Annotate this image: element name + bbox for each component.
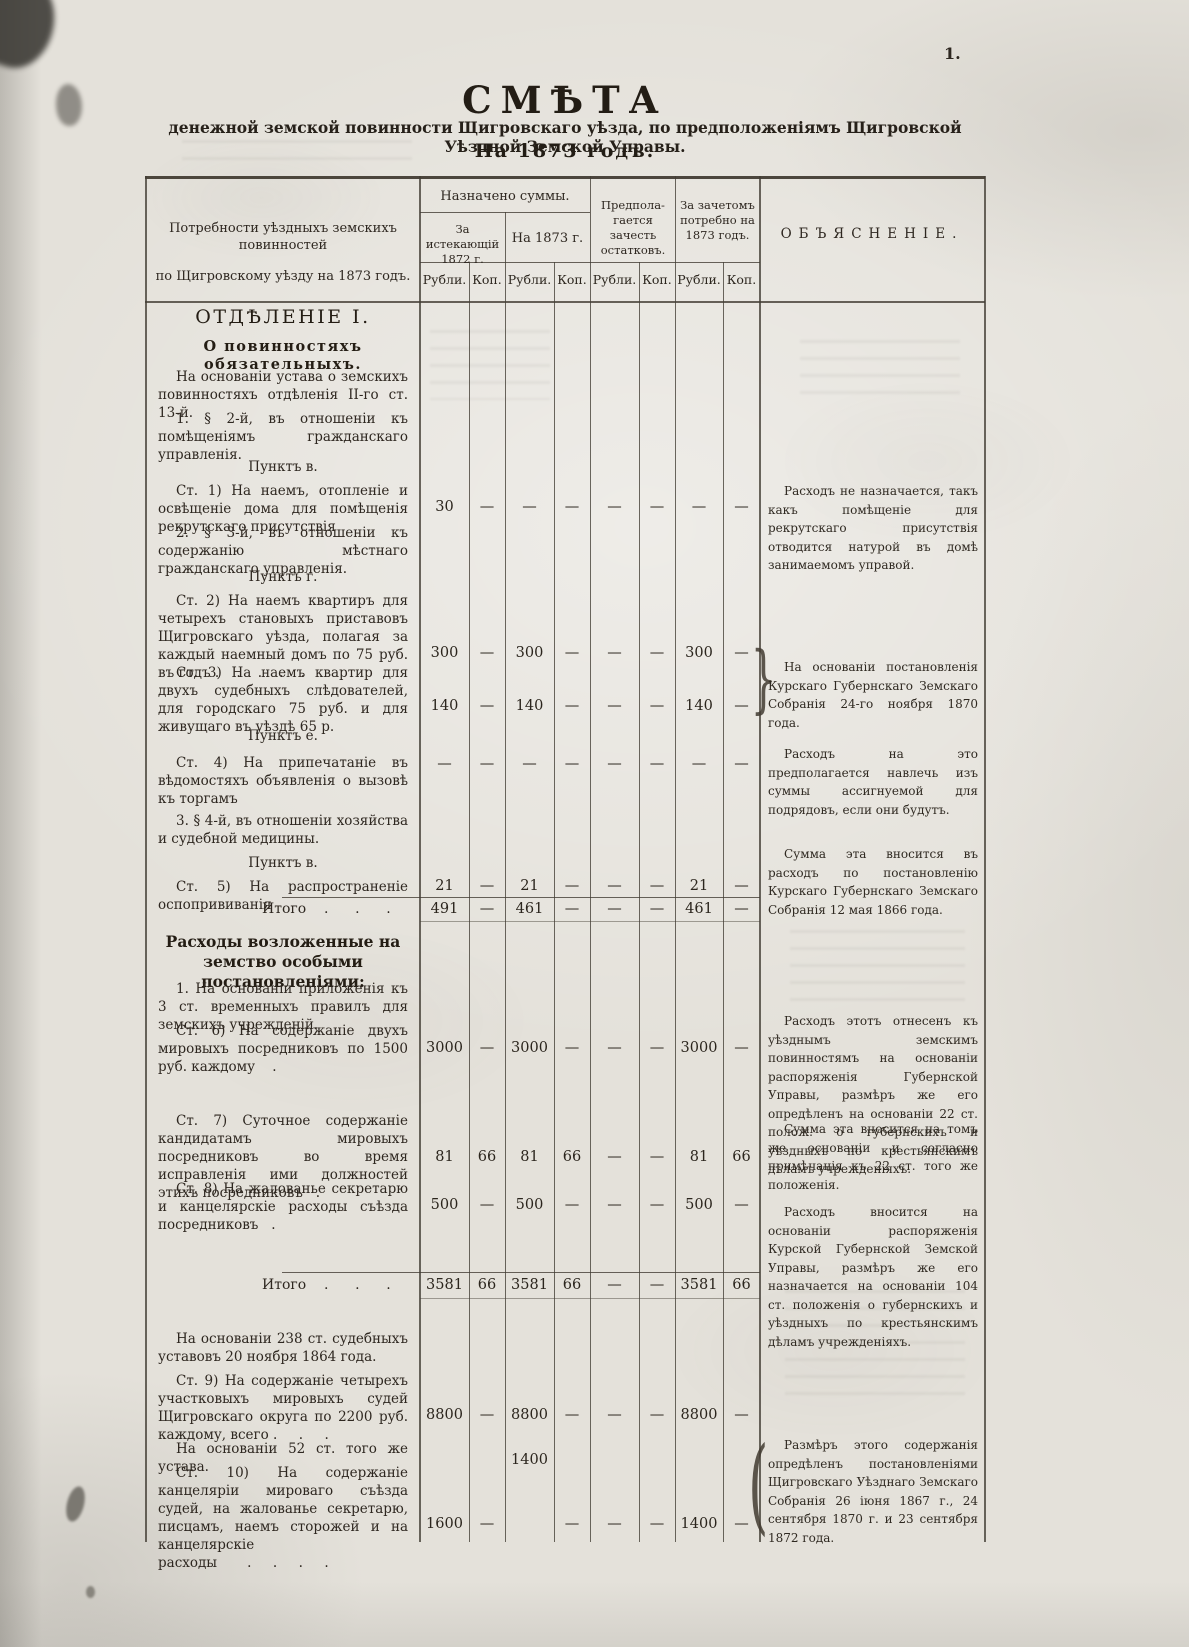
table-line (675, 176, 676, 1542)
punkt-label: Пунктъ е. (158, 727, 408, 745)
subheader-kop: Коп. (554, 272, 590, 290)
table-cell: 81 (675, 1149, 723, 1167)
table-cell: — (554, 698, 590, 716)
table-cell: — (505, 499, 554, 517)
subtotal-cell: 461 (675, 901, 723, 919)
subtotal-rule (420, 1298, 760, 1299)
table-cell: — (469, 645, 505, 663)
table-cell: — (554, 756, 590, 774)
col-header-explanation: ОБЪЯСНЕНІЕ. (762, 226, 982, 243)
table-cell: 1400 (675, 1516, 723, 1534)
table-cell: 3000 (675, 1040, 723, 1058)
table-line (419, 176, 421, 1542)
table-cell: — (469, 499, 505, 517)
table-cell: 500 (420, 1197, 469, 1215)
subtotal-cell: 66 (723, 1277, 760, 1295)
punkt-label: Пунктъ в. (158, 854, 408, 872)
table-cell: 300 (505, 645, 554, 663)
explanation-note: На основаніи постановленія Курскаго Губе… (768, 658, 978, 732)
subtotal-cell: 66 (469, 1277, 505, 1295)
table-cell: — (639, 499, 675, 517)
table-border-top (145, 176, 985, 179)
subtotal-cell: — (590, 901, 639, 919)
scan-smudge (56, 84, 82, 126)
explanation-note: Сумма эта вносится въ расходъ по постано… (768, 845, 978, 919)
table-cell: 66 (554, 1149, 590, 1167)
table-cell: 81 (420, 1149, 469, 1167)
table-cell: 81 (505, 1149, 554, 1167)
table-line (420, 212, 590, 213)
subtotal-rule (420, 921, 760, 922)
table-cell: — (675, 756, 723, 774)
explanation-note: Расходъ на это предполагается навлечь из… (768, 745, 978, 819)
table-cell: — (469, 1516, 505, 1534)
table-cell: 140 (505, 698, 554, 716)
punkt-label: Пунктъ г. (158, 568, 408, 586)
table-cell: — (639, 1040, 675, 1058)
table-cell: 66 (469, 1149, 505, 1167)
subtotal-cell: — (639, 901, 675, 919)
subtotal-cell: 491 (420, 901, 469, 919)
table-cell: — (554, 1516, 590, 1534)
section1-title: ОТДѢЛЕНІЕ I. (158, 306, 408, 328)
table-cell: — (469, 878, 505, 896)
subtotal-cell: 3581 (505, 1277, 554, 1295)
table-cell: — (590, 1407, 639, 1425)
subtotal-cell: — (590, 1277, 639, 1295)
table-cell: — (639, 1149, 675, 1167)
table-cell: — (505, 756, 554, 774)
table-cell: — (554, 878, 590, 896)
table-cell: 21 (420, 878, 469, 896)
table-cell: — (554, 645, 590, 663)
table-cell: — (590, 645, 639, 663)
document-title: СМѢТА (365, 78, 765, 122)
table-cell: 140 (675, 698, 723, 716)
col-header-assigned: Назначено суммы. (420, 188, 590, 205)
table-line (590, 176, 591, 1542)
table-cell: — (469, 1040, 505, 1058)
scan-smudge (0, 0, 66, 77)
subtotal-cell: — (469, 901, 505, 919)
punkt-label: Пунктъ в. (158, 458, 408, 476)
subtotal-cell: 461 (505, 901, 554, 919)
subtotal-cell: — (554, 901, 590, 919)
table-border-right (984, 176, 986, 1542)
row-st10-label: Ст. 10) На содержаніе канцеляріи мироваг… (158, 1464, 408, 1572)
table-cell: 500 (505, 1197, 554, 1215)
paragraph: 3. § 4-й, въ отношеніи хозяйства и судеб… (158, 812, 408, 848)
table-cell: 1600 (420, 1516, 469, 1534)
document-year: На 1873 годъ. (365, 140, 765, 162)
table-cell: — (590, 878, 639, 896)
table-cell: — (590, 1516, 639, 1534)
subtotal-label: Итого . . . (262, 1277, 412, 1293)
table-cell: 30 (420, 499, 469, 517)
table-cell (505, 1516, 554, 1534)
scanned-document-page: 1. СМѢТА денежной земской повинности Щиг… (0, 0, 1189, 1647)
subtotal-cell: 66 (554, 1277, 590, 1295)
table-cell: — (590, 1149, 639, 1167)
table-cell: 21 (675, 878, 723, 896)
bleed-through-text (790, 930, 965, 1010)
row-st6-label: Ст. 6) На содержаніе двухъ мировыхъ поср… (158, 1022, 408, 1076)
explanation-note: Расходъ не назначается, такъ какъ помѣще… (768, 482, 978, 575)
table-cell: — (469, 756, 505, 774)
table-cell: — (590, 1040, 639, 1058)
explanation-note: Размѣръ этого содержанія опредѣленъ пост… (768, 1436, 978, 1547)
subheader-kop: Коп. (469, 272, 505, 290)
table-cell: 300 (420, 645, 469, 663)
row-st4-label: Ст. 4) На припечатаніе въ вѣдомостяхъ об… (158, 754, 408, 808)
table-cell: 140 (420, 698, 469, 716)
table-cell: 8800 (420, 1407, 469, 1425)
bleed-through-text (430, 330, 550, 400)
table-cell: — (723, 698, 760, 716)
paragraph: На основаніи 238 ст. судебныхъ уставовъ … (158, 1330, 408, 1366)
table-cell: — (590, 499, 639, 517)
table-cell: — (675, 499, 723, 517)
scan-smudge (63, 1484, 88, 1523)
table-cell: — (590, 756, 639, 774)
table-cell: 1400 (505, 1452, 554, 1470)
subheader-kop: Коп. (723, 272, 760, 290)
table-cell: — (554, 499, 590, 517)
col-header-1872: За истекающій 1872 г. (421, 222, 504, 267)
col-header-1873: На 1873 г. (505, 230, 590, 247)
table-cell: — (639, 645, 675, 663)
table-cell: 66 (723, 1149, 760, 1167)
table-cell: — (590, 1197, 639, 1215)
table-cell: — (723, 756, 760, 774)
table-header-bottom (145, 301, 985, 303)
page-number: 1. (944, 44, 961, 63)
table-cell: — (723, 499, 760, 517)
table-cell: — (639, 756, 675, 774)
table-line (505, 212, 506, 1542)
table-cell: 500 (675, 1197, 723, 1215)
table-cell: — (639, 1516, 675, 1534)
table-cell: — (469, 1197, 505, 1215)
col-header-needs-line1: Потребности уѣздныхъ земскихъ повинносте… (150, 220, 416, 254)
subheader-rub: Рубли. (505, 272, 554, 290)
col-header-offset: Предпола- гается зачесть остатковъ. (592, 198, 674, 258)
subheader-rub: Рубли. (675, 272, 723, 290)
table-cell: — (469, 698, 505, 716)
table-cell: — (590, 698, 639, 716)
col-header-net: За зачетомъ потребно на 1873 годъ. (677, 198, 758, 243)
table-cell: — (554, 1040, 590, 1058)
table-cell: 300 (675, 645, 723, 663)
table-cell: 3000 (420, 1040, 469, 1058)
subtotal-cell: — (723, 901, 760, 919)
explanation-note: Расходъ вносится на основаніи распоряжен… (768, 1203, 978, 1351)
paragraph: 1. § 2-й, въ отношеніи къ помѣщеніямъ гр… (158, 410, 408, 464)
explanation-note: Сумма эта вносится на томъ же основаніи … (768, 1120, 978, 1194)
table-cell: — (469, 1407, 505, 1425)
row-st8-label: Ст. 8) На жалованье секретарю и канцеляр… (158, 1180, 408, 1234)
table-border-left (145, 176, 147, 1542)
table-cell: — (723, 1516, 760, 1534)
table-cell: — (554, 1197, 590, 1215)
table-cell: — (639, 878, 675, 896)
table-line (759, 176, 761, 1542)
bleed-through-text (800, 340, 960, 400)
table-cell: — (639, 1197, 675, 1215)
table-cell: 8800 (675, 1407, 723, 1425)
table-cell: 8800 (505, 1407, 554, 1425)
table-cell: — (639, 698, 675, 716)
col-header-needs-line2: по Щигровскому уѣзду на 1873 годъ. (150, 268, 416, 285)
subheader-rub: Рубли. (590, 272, 639, 290)
table-cell: — (554, 1407, 590, 1425)
table-cell: — (723, 878, 760, 896)
table-cell: — (639, 1407, 675, 1425)
table-cell: — (723, 645, 760, 663)
table-cell: — (723, 1197, 760, 1215)
subtotal-label: Итого . . . (262, 901, 412, 917)
subtotal-rule (282, 1272, 760, 1273)
subtotal-cell: 3581 (675, 1277, 723, 1295)
row-st9-label: Ст. 9) На содержаніе четырехъ участковых… (158, 1372, 408, 1444)
scan-smudge (86, 1586, 95, 1598)
subheader-kop: Коп. (639, 272, 675, 290)
table-cell: 21 (505, 878, 554, 896)
row-st3-label: Ст. 3) На наемъ квартир для двухъ судебн… (158, 664, 408, 736)
table-cell: — (420, 756, 469, 774)
table-cell: — (723, 1407, 760, 1425)
subheader-rub: Рубли. (420, 272, 469, 290)
subtotal-cell: 3581 (420, 1277, 469, 1295)
subtotal-cell: — (639, 1277, 675, 1295)
col-header-needs: Потребности уѣздныхъ земскихъ повинносте… (150, 220, 416, 285)
table-cell: 3000 (505, 1040, 554, 1058)
table-cell: — (723, 1040, 760, 1058)
